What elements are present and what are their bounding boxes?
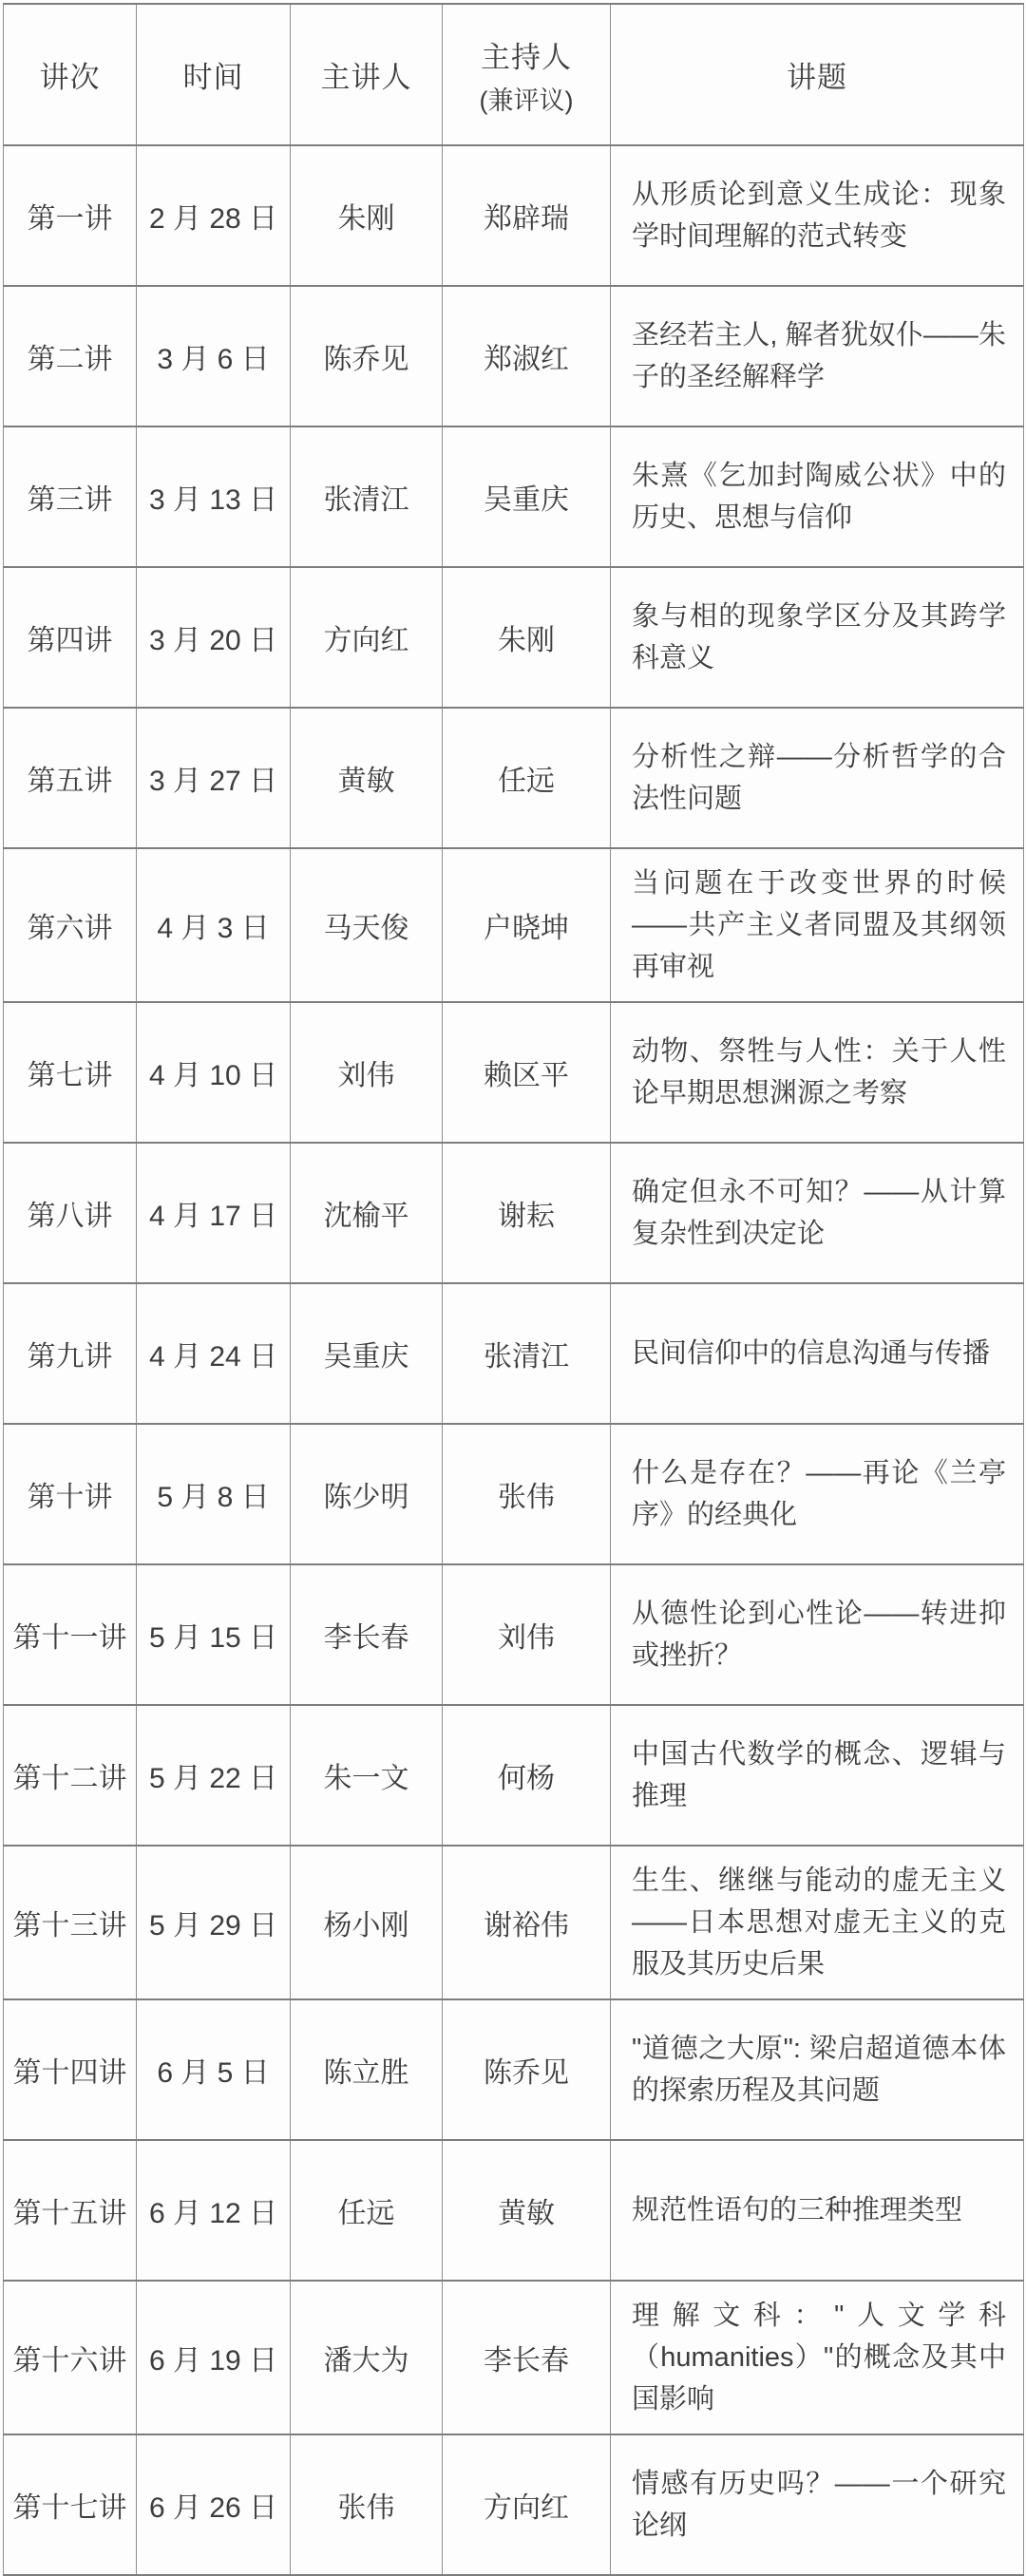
topic-cell: 从德性论到心性论——转进抑或挫折？	[611, 1564, 1024, 1705]
column-header-speaker: 主讲人	[291, 4, 443, 145]
lecture-number-cell: 第十三讲	[4, 1846, 137, 1999]
speaker-cell: 黄敏	[291, 708, 443, 848]
speaker-cell: 张清江	[291, 426, 443, 567]
date-cell: 4 月 10 日	[137, 1002, 291, 1143]
topic-cell: 分析性之辩——分析哲学的合法性问题	[611, 708, 1024, 848]
topic-cell: 中国古代数学的概念、逻辑与推理	[611, 1705, 1024, 1846]
table-row: 第七讲 4 月 10 日 刘伟 赖区平 动物、祭牲与人性：关于人性论早期思想渊源…	[4, 1002, 1024, 1143]
column-header-host-label: 主持人	[481, 41, 572, 74]
date-cell: 3 月 13 日	[137, 426, 291, 567]
topic-cell: 动物、祭牲与人性：关于人性论早期思想渊源之考察	[611, 1002, 1024, 1143]
date-cell: 3 月 27 日	[137, 708, 291, 848]
host-cell: 吴重庆	[443, 426, 611, 567]
date-cell: 4 月 24 日	[137, 1283, 291, 1424]
date-cell: 6 月 5 日	[137, 1999, 291, 2140]
speaker-cell: 陈乔见	[291, 286, 443, 426]
speaker-cell: 张伟	[291, 2434, 443, 2575]
table-row: 第十讲 5 月 8 日 陈少明 张伟 什么是存在？——再论《兰亭序》的经典化	[4, 1424, 1024, 1564]
topic-cell: 理解文科："人文学科（humanities）"的概念及其中国影响	[611, 2281, 1024, 2434]
header-row: 讲次 时间 主讲人 主持人 (兼评议) 讲题	[4, 4, 1024, 145]
speaker-cell: 刘伟	[291, 1002, 443, 1143]
host-cell: 郑淑红	[443, 286, 611, 426]
table-row: 第五讲 3 月 27 日 黄敏 任远 分析性之辩——分析哲学的合法性问题	[4, 708, 1024, 848]
table-row: 第八讲 4 月 17 日 沈榆平 谢耘 确定但永不可知？——从计算复杂性到决定论	[4, 1143, 1024, 1283]
host-cell: 张清江	[443, 1283, 611, 1424]
column-header-topic: 讲题	[611, 4, 1024, 145]
speaker-cell: 杨小刚	[291, 1846, 443, 1999]
host-cell: 赖区平	[443, 1002, 611, 1143]
lecture-number-cell: 第十七讲	[4, 2434, 137, 2575]
table-row: 第二讲 3 月 6 日 陈乔见 郑淑红 圣经若主人, 解者犹奴仆——朱子的圣经解…	[4, 286, 1024, 426]
lecture-number-cell: 第四讲	[4, 567, 137, 708]
topic-cell: 圣经若主人, 解者犹奴仆——朱子的圣经解释学	[611, 286, 1024, 426]
speaker-cell: 沈榆平	[291, 1143, 443, 1283]
speaker-cell: 陈少明	[291, 1424, 443, 1564]
table-row: 第九讲 4 月 24 日 吴重庆 张清江 民间信仰中的信息沟通与传播	[4, 1283, 1024, 1424]
date-cell: 6 月 26 日	[137, 2434, 291, 2575]
table-body: 第一讲 2 月 28 日 朱刚 郑辟瑞 从形质论到意义生成论：现象学时间理解的范…	[4, 145, 1024, 2575]
lecture-number-cell: 第十五讲	[4, 2140, 137, 2281]
table-row: 第一讲 2 月 28 日 朱刚 郑辟瑞 从形质论到意义生成论：现象学时间理解的范…	[4, 145, 1024, 286]
lecture-number-cell: 第十讲	[4, 1424, 137, 1564]
topic-cell: 什么是存在？——再论《兰亭序》的经典化	[611, 1424, 1024, 1564]
lecture-number-cell: 第五讲	[4, 708, 137, 848]
host-cell: 郑辟瑞	[443, 145, 611, 286]
column-header-time: 时间	[137, 4, 291, 145]
host-cell: 任远	[443, 708, 611, 848]
topic-cell: 民间信仰中的信息沟通与传播	[611, 1283, 1024, 1424]
date-cell: 5 月 29 日	[137, 1846, 291, 1999]
speaker-cell: 朱刚	[291, 145, 443, 286]
speaker-cell: 陈立胜	[291, 1999, 443, 2140]
table-row: 第六讲 4 月 3 日 马天俊 户晓坤 当问题在于改变世界的时候——共产主义者同…	[4, 848, 1024, 1002]
table-row: 第十六讲 6 月 19 日 潘大为 李长春 理解文科："人文学科（humanit…	[4, 2281, 1024, 2434]
lecture-number-cell: 第七讲	[4, 1002, 137, 1143]
date-cell: 6 月 12 日	[137, 2140, 291, 2281]
speaker-cell: 马天俊	[291, 848, 443, 1002]
date-cell: 6 月 19 日	[137, 2281, 291, 2434]
lecture-number-cell: 第九讲	[4, 1283, 137, 1424]
date-cell: 3 月 6 日	[137, 286, 291, 426]
host-cell: 刘伟	[443, 1564, 611, 1705]
topic-cell: "道德之大原": 梁启超道德本体的探索历程及其问题	[611, 1999, 1024, 2140]
table-row: 第十二讲 5 月 22 日 朱一文 何杨 中国古代数学的概念、逻辑与推理	[4, 1705, 1024, 1846]
lecture-number-cell: 第八讲	[4, 1143, 137, 1283]
topic-cell: 当问题在于改变世界的时候——共产主义者同盟及其纲领再审视	[611, 848, 1024, 1002]
host-cell: 李长春	[443, 2281, 611, 2434]
speaker-cell: 潘大为	[291, 2281, 443, 2434]
date-cell: 5 月 8 日	[137, 1424, 291, 1564]
host-cell: 何杨	[443, 1705, 611, 1846]
column-header-host: 主持人 (兼评议)	[443, 4, 611, 145]
table-row: 第三讲 3 月 13 日 张清江 吴重庆 朱熹《乞加封陶威公状》中的历史、思想与…	[4, 426, 1024, 567]
column-header-lecture-no: 讲次	[4, 4, 137, 145]
host-cell: 陈乔见	[443, 1999, 611, 2140]
host-cell: 谢裕伟	[443, 1846, 611, 1999]
lecture-number-cell: 第三讲	[4, 426, 137, 567]
date-cell: 3 月 20 日	[137, 567, 291, 708]
lecture-number-cell: 第十四讲	[4, 1999, 137, 2140]
lecture-number-cell: 第二讲	[4, 286, 137, 426]
topic-cell: 生生、继继与能动的虚无主义——日本思想对虚无主义的克服及其历史后果	[611, 1846, 1024, 1999]
table-row: 第十五讲 6 月 12 日 任远 黄敏 规范性语句的三种推理类型	[4, 2140, 1024, 2281]
host-cell: 方向红	[443, 2434, 611, 2575]
speaker-cell: 吴重庆	[291, 1283, 443, 1424]
table-row: 第十七讲 6 月 26 日 张伟 方向红 情感有历史吗？——一个研究论纲	[4, 2434, 1024, 2575]
topic-cell: 确定但永不可知？——从计算复杂性到决定论	[611, 1143, 1024, 1283]
topic-cell: 规范性语句的三种推理类型	[611, 2140, 1024, 2281]
host-cell: 谢耘	[443, 1143, 611, 1283]
host-cell: 朱刚	[443, 567, 611, 708]
table-row: 第十四讲 6 月 5 日 陈立胜 陈乔见 "道德之大原": 梁启超道德本体的探索…	[4, 1999, 1024, 2140]
date-cell: 5 月 22 日	[137, 1705, 291, 1846]
lecture-number-cell: 第六讲	[4, 848, 137, 1002]
table-row: 第十一讲 5 月 15 日 李长春 刘伟 从德性论到心性论——转进抑或挫折？	[4, 1564, 1024, 1705]
date-cell: 4 月 3 日	[137, 848, 291, 1002]
date-cell: 5 月 15 日	[137, 1564, 291, 1705]
date-cell: 2 月 28 日	[137, 145, 291, 286]
host-cell: 户晓坤	[443, 848, 611, 1002]
lecture-number-cell: 第一讲	[4, 145, 137, 286]
host-cell: 张伟	[443, 1424, 611, 1564]
topic-cell: 从形质论到意义生成论：现象学时间理解的范式转变	[611, 145, 1024, 286]
date-cell: 4 月 17 日	[137, 1143, 291, 1283]
speaker-cell: 方向红	[291, 567, 443, 708]
speaker-cell: 任远	[291, 2140, 443, 2281]
lecture-number-cell: 第十二讲	[4, 1705, 137, 1846]
speaker-cell: 李长春	[291, 1564, 443, 1705]
table-row: 第四讲 3 月 20 日 方向红 朱刚 象与相的现象学区分及其跨学科意义	[4, 567, 1024, 708]
topic-cell: 朱熹《乞加封陶威公状》中的历史、思想与信仰	[611, 426, 1024, 567]
lecture-number-cell: 第十六讲	[4, 2281, 137, 2434]
host-cell: 黄敏	[443, 2140, 611, 2281]
lecture-number-cell: 第十一讲	[4, 1564, 137, 1705]
table-row: 第十三讲 5 月 29 日 杨小刚 谢裕伟 生生、继继与能动的虚无主义——日本思…	[4, 1846, 1024, 1999]
topic-cell: 象与相的现象学区分及其跨学科意义	[611, 567, 1024, 708]
speaker-cell: 朱一文	[291, 1705, 443, 1846]
lecture-schedule-table: 讲次 时间 主讲人 主持人 (兼评议) 讲题 第一讲 2 月 28 日 朱刚 郑…	[3, 3, 1024, 2576]
topic-cell: 情感有历史吗？——一个研究论纲	[611, 2434, 1024, 2575]
table-header: 讲次 时间 主讲人 主持人 (兼评议) 讲题	[4, 4, 1024, 145]
column-header-host-subnote: (兼评议)	[443, 80, 610, 117]
